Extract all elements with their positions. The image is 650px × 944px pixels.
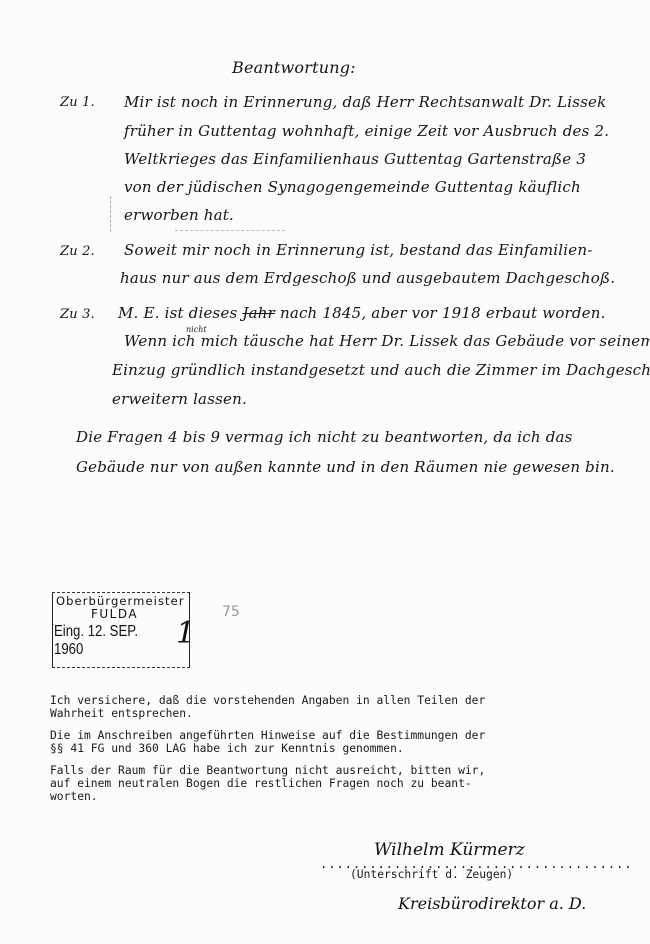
answer-3-line-1a: M. E. ist dieses [118,304,242,322]
answer-3-line-4: erweitern lassen. [112,390,247,408]
answer-2-line-1: Soweit mir noch in Erinnerung ist, besta… [124,241,592,259]
signature-caption: (Unterschrift d. Zeugen) [350,868,513,881]
answer-1-line-4: von der jüdischen Synagogengemeinde Gutt… [124,178,581,196]
answer-3-line-1: M. E. ist dieses Jahr nach 1845, aber vo… [118,304,606,322]
stamp-date: Eing. 12. SEP. 1960 [54,623,169,659]
answer-1-line-3: Weltkrieges das Einfamilienhaus Guttenta… [124,150,586,168]
declaration-paragraph-2: Die im Anschreiben angeführten Hinweise … [50,729,485,755]
answer-label-1: Zu 1. [60,95,95,110]
faint-underline [175,230,285,232]
answer-3-line-2: Wenn ich mich täusche hat Herr Dr. Lisse… [124,332,650,350]
side-mark: 75 [222,604,240,620]
answer-3-line-1b: nach 1845, aber vor 1918 erbaut worden. [275,304,606,322]
stamp-handwritten-mark: 1 [176,616,195,651]
margin-bracket [110,196,112,232]
answer-1-line-2: früher in Guttentag wohnhaft, einige Zei… [124,122,609,140]
document-title: Beantwortung: [232,58,356,77]
answer-2-line-2: haus nur aus dem Erdgeschoß und ausgebau… [120,269,615,287]
closing-line-1: Die Fragen 4 bis 9 vermag ich nicht zu b… [76,428,573,446]
answer-1-line-1: Mir ist noch in Erinnerung, daß Herr Rec… [124,93,606,111]
document-page: Beantwortung: Zu 1. Mir ist noch in Erin… [0,0,650,944]
answer-3-line-3: Einzug gründlich instandgesetzt und auch… [112,361,650,379]
signatory-title: Kreisbürodirektor a. D. [398,894,586,913]
declaration-paragraph-1: Ich versichere, daß die vorstehenden Ang… [50,694,485,720]
answer-label-3: Zu 3. [60,307,95,322]
struck-word: Jahr [242,304,275,322]
answer-label-2: Zu 2. [60,244,95,259]
stamp-city: FULDA [91,607,138,621]
closing-line-2: Gebäude nur von außen kannte und in den … [76,458,615,476]
answer-1-line-5: erworben hat. [124,206,234,224]
receipt-stamp: Oberbürgermeister FULDA Eing. 12. SEP. 1… [52,592,190,668]
handwritten-signature: Wilhelm Kürmerz [374,840,525,860]
stamp-authority: Oberbürgermeister [56,594,185,608]
declaration-paragraph-3: Falls der Raum für die Beantwortung nich… [50,764,485,803]
